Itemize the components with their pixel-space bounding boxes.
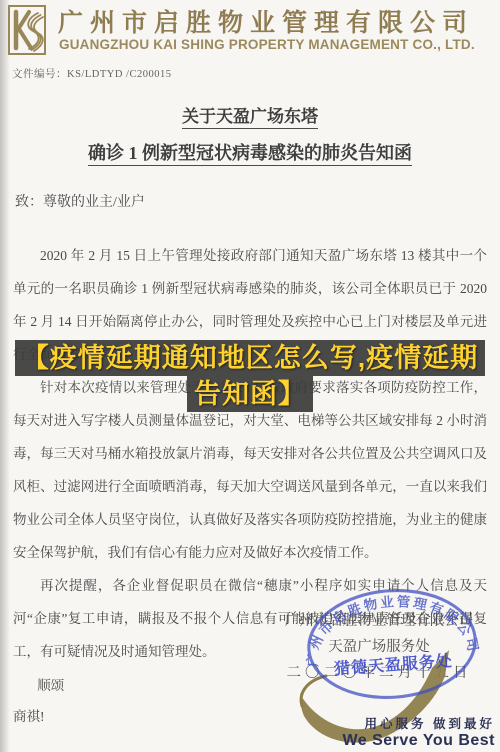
company-name-en: GUANGZHOU KAI SHING PROPERTY MANAGEMENT … — [59, 37, 499, 52]
footer-slogan-en: We Serve You Best — [342, 732, 495, 750]
doc-number-value: KS/LDTYD /C200015 — [67, 69, 171, 80]
doc-number-label: 文件编号： — [12, 69, 67, 80]
document-page: 广州市启胜物业管理有限公司 GUANGZHOU KAI SHING PROPER… — [0, 0, 500, 752]
footer-slogan: 用心服务 做到最好 We Serve You Best — [342, 714, 495, 750]
watermark-caption-line1: 【疫情延期通知地区怎么写,疫情延期 — [15, 340, 486, 376]
letter-title-line2: 确诊 1 例新型冠状病毒感染的肺炎告知函 — [0, 139, 500, 165]
salutation: 致：尊敬的业主/业户 — [15, 191, 145, 211]
footer-slogan-cn: 用心服务 做到最好 — [342, 714, 495, 732]
ks-monogram-icon — [10, 7, 44, 53]
doc-number: 文件编号：KS/LDTYD /C200015 — [12, 66, 171, 81]
scan-edge-shadow — [0, 0, 10, 752]
letter-title-line2-text: 确诊 1 例新型冠状病毒感染的肺炎告知函 — [88, 143, 412, 166]
svg-text:广州市启胜物业管理有限公司: 广州市启胜物业管理有限公司 — [300, 588, 482, 668]
seal-center-text: 猎德天盈服务处 — [333, 651, 454, 678]
company-name-cn: 广州市启胜物业管理有限公司 — [58, 3, 498, 39]
seal-ring-text: 广州市启胜物业管理有限公司 — [300, 588, 482, 668]
letter-title-line1-text: 关于天盈广场东塔 — [182, 107, 318, 129]
letter-title-line1: 关于天盈广场东塔 — [0, 102, 500, 127]
watermark-caption-line2: 告知函】 — [187, 376, 313, 412]
company-seal-icon: 广州市启胜物业管理有限公司 猎德天盈服务处 — [296, 574, 488, 715]
watermark-caption: 【疫情延期通知地区怎么写,疫情延期 告知函】 — [0, 340, 500, 412]
company-seal: 广州市启胜物业管理有限公司 猎德天盈服务处 — [296, 574, 488, 715]
ks-logo-icon — [8, 5, 46, 55]
